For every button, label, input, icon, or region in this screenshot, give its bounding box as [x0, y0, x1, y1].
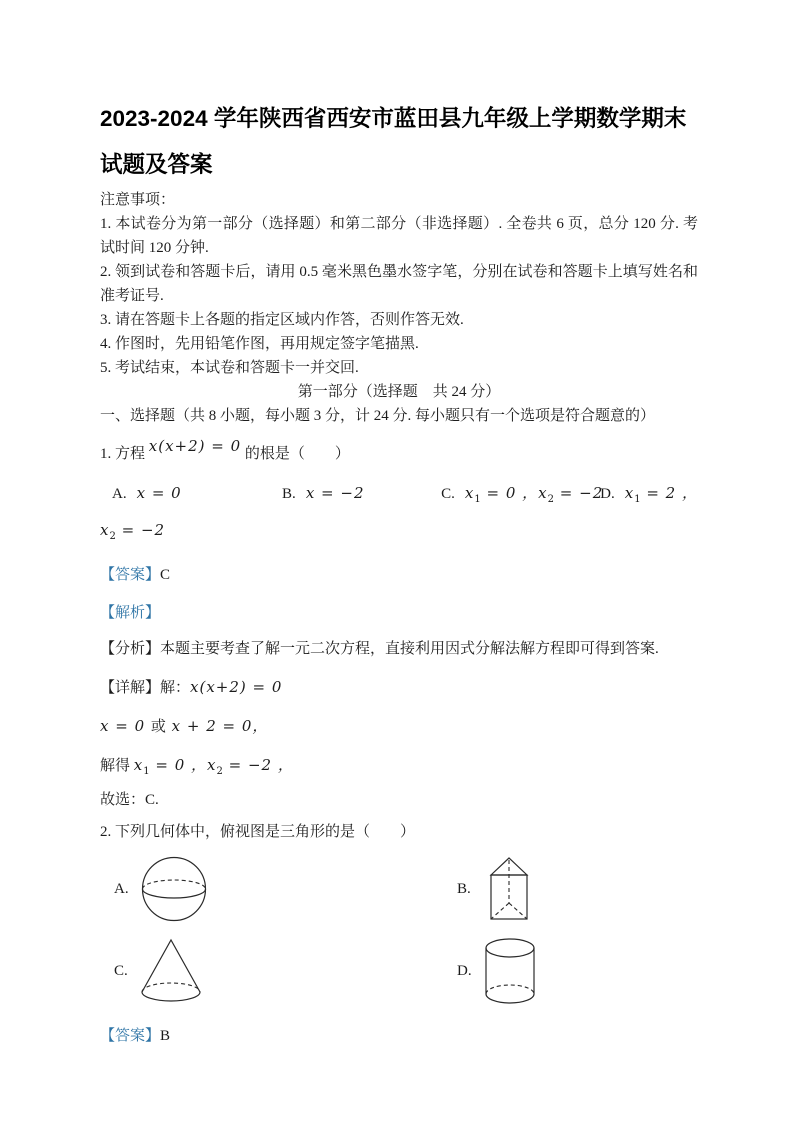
- q1-option-d-label: D.: [600, 486, 615, 502]
- q1-option-b: B.x = −2: [282, 478, 441, 509]
- notice-item-4: 4. 作图时，先用铅笔作图，再用规定签字笔描黑.: [100, 332, 698, 356]
- detail-tag: 【详解】: [100, 680, 160, 696]
- section-heading: 第一部分（选择题 共 24 分）: [100, 380, 698, 404]
- q1-detail-line-3: 解得 x1 = 0 ，x2 = −2 ，: [100, 750, 698, 781]
- q1-prefix: 1. 方程: [100, 446, 145, 462]
- q1-option-c: C.x1 = 0 ，x2 = −2: [441, 478, 600, 509]
- analysis-tag: 【分析】: [100, 641, 160, 657]
- title-line-1: 2023-2024 学年陕西省西安市蓝田县九年级上学期数学期末: [100, 96, 698, 142]
- q2-answer-value: B: [160, 1028, 170, 1044]
- q1-conclusion: 故选：C.: [100, 787, 698, 813]
- q1-option-d-continued: x2 = −2: [100, 515, 698, 546]
- notice-item-1: 1. 本试卷分为第一部分（选择题）和第二部分（非选择题）. 全卷共 6 页，总分…: [100, 212, 698, 260]
- page: 2023-2024 学年陕西省西安市蓝田县九年级上学期数学期末 试题及答案 注意…: [0, 0, 793, 1049]
- q1-stem: 1. 方程 x(x+2) = 0 的根是（ ）: [100, 430, 698, 474]
- q1-answer-line: 【答案】C: [100, 562, 698, 588]
- q1-option-c-label: C.: [441, 486, 455, 502]
- q1-detail-formula: x(x+2) = 0: [190, 678, 282, 696]
- q1-option-b-math: x = −2: [306, 484, 365, 502]
- title-line-2: 试题及答案: [100, 142, 698, 188]
- q1-option-a-math: x = 0: [137, 484, 182, 502]
- q1-option-d-continued-math: x2 = −2: [100, 521, 165, 539]
- q2-option-c-label: C.: [114, 963, 128, 980]
- q2-stem: 2. 下列几何体中，俯视图是三角形的是（ ）: [100, 819, 698, 845]
- q1-formula: x(x+2) = 0: [149, 437, 241, 455]
- q1-option-b-label: B.: [282, 486, 296, 502]
- q1-option-d: D.x1 = 2 ，: [600, 478, 698, 509]
- q2-option-b-label: B.: [457, 881, 471, 898]
- q1-option-d-math: x1 = 2 ，: [625, 484, 698, 502]
- q1-detail-line-1: 【详解】解：x(x+2) = 0: [100, 672, 698, 703]
- q2-option-d: D.: [443, 937, 536, 1005]
- sphere-icon: [141, 855, 207, 923]
- q1-jiexi-line: 【解析】: [100, 600, 698, 626]
- cone-icon: [140, 938, 202, 1004]
- q2-option-a-label: A.: [114, 881, 129, 898]
- q1-option-c-math: x1 = 0 ，x2 = −2: [465, 484, 603, 502]
- q1-options: A.x = 0 B.x = −2 C.x1 = 0 ，x2 = −2 D.x1 …: [100, 478, 698, 509]
- q2-option-b: B.: [443, 856, 535, 922]
- q2-option-a: A.: [100, 855, 443, 923]
- q2-answer-line: 【答案】B: [100, 1023, 698, 1049]
- notice-item-2: 2. 领到试卷和答题卡后，请用 0.5 毫米黑色墨水签字笔，分别在试卷和答题卡上…: [100, 260, 698, 308]
- cylinder-icon: [484, 937, 536, 1005]
- q1-detail-pre: 解：: [160, 680, 190, 696]
- q2-options-row-1: A. B.: [100, 849, 698, 929]
- section-subheading: 一、选择题（共 8 小题，每小题 3 分，计 24 分. 每小题只有一个选项是符…: [100, 404, 698, 428]
- q1-detail-line-2: x = 0 或 x + 2 = 0，: [100, 711, 698, 742]
- q2-option-d-label: D.: [457, 963, 472, 980]
- triangular-prism-icon: [483, 856, 535, 922]
- q1-suffix: 的根是（ ）: [245, 446, 350, 462]
- notice-item-3: 3. 请在答题卡上各题的指定区域内作答，否则作答无效.: [100, 308, 698, 332]
- answer-tag: 【答案】: [100, 567, 160, 583]
- q2-option-c: C.: [100, 938, 443, 1004]
- q1-analysis-line: 【分析】本题主要考查了解一元二次方程，直接利用因式分解法解方程即可得到答案.: [100, 636, 698, 662]
- q1-answer-value: C: [160, 567, 170, 583]
- notice-heading: 注意事项：: [100, 188, 698, 212]
- q1-analysis-text: 本题主要考查了解一元二次方程，直接利用因式分解法解方程即可得到答案.: [160, 641, 659, 657]
- jiexi-tag: 【解析】: [100, 605, 160, 621]
- q1-option-a: A.x = 0: [112, 478, 282, 509]
- notice-item-5: 5. 考试结束，本试卷和答题卡一并交回.: [100, 356, 698, 380]
- q1-option-a-label: A.: [112, 486, 127, 502]
- document-title: 2023-2024 学年陕西省西安市蓝田县九年级上学期数学期末 试题及答案: [100, 96, 698, 188]
- q2-options-row-2: C. D.: [100, 933, 698, 1009]
- answer-tag: 【答案】: [100, 1028, 160, 1044]
